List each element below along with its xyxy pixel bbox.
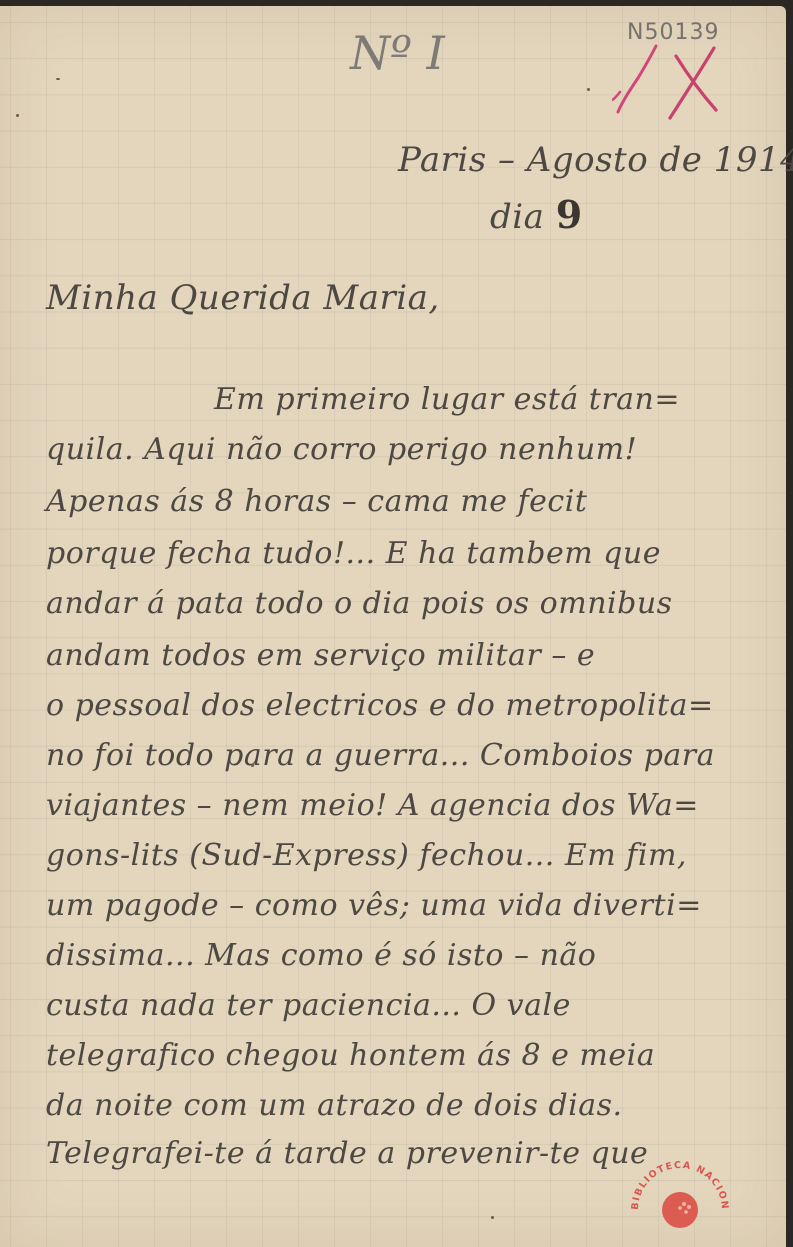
body-line: quila. Aqui não corro perigo nenhum! (46, 432, 637, 467)
body-line: no foi todo para a guerra... Comboios pa… (46, 738, 715, 773)
body-line: telegrafico chegou hontem ás 8 e meia (46, 1038, 655, 1073)
paper-speck (56, 78, 60, 80)
body-line: Em primeiro lugar está tran= (214, 382, 680, 417)
body-line: gons-lits (Sud-Express) fechou... Em fim… (46, 838, 687, 873)
body-line: um pagode – como vês; uma vida diverti= (46, 888, 702, 923)
body-line: custa nada ter paciencia... O vale (46, 988, 571, 1023)
biblioteca-nacional-stamp-icon: BIBLIOTECA NACIONAL (628, 1154, 732, 1238)
paper-speck (16, 114, 19, 117)
salutation: Minha Querida Maria, (46, 278, 440, 318)
paper-speck (251, 764, 254, 767)
body-line: andar á pata todo o dia pois os omnibus (46, 586, 673, 621)
day-number: 9 (556, 192, 583, 237)
body-line: Apenas ás 8 horas – cama me fecit (46, 484, 587, 519)
body-line: da noite com um atrazo de dois dias. (46, 1088, 623, 1123)
paper-speck (587, 88, 590, 91)
letter-page: Nº I N50139 Paris – Agosto de 1914 dia 9… (0, 6, 786, 1247)
item-number-annotation: Nº I (350, 26, 445, 80)
paper-speck (318, 1156, 320, 1159)
day-label: dia (490, 197, 544, 237)
body-line: andam todos em serviço militar – e (46, 638, 595, 673)
body-line: porque fecha tudo!... E ha tambem que (46, 536, 661, 571)
body-line: viajantes – nem meio! A agencia dos Wa= (46, 788, 699, 823)
paper-speck (491, 1216, 494, 1219)
day-line: dia 9 (490, 192, 583, 237)
body-line: Telegrafei-te á tarde a prevenir-te que (46, 1136, 648, 1171)
body-line: o pessoal dos electricos e do metropolit… (46, 688, 714, 723)
place-date: Paris – Agosto de 1914 (398, 140, 793, 180)
red-pencil-marks-icon (612, 42, 722, 122)
body-line: dissima... Mas como é só isto – não (46, 938, 596, 973)
